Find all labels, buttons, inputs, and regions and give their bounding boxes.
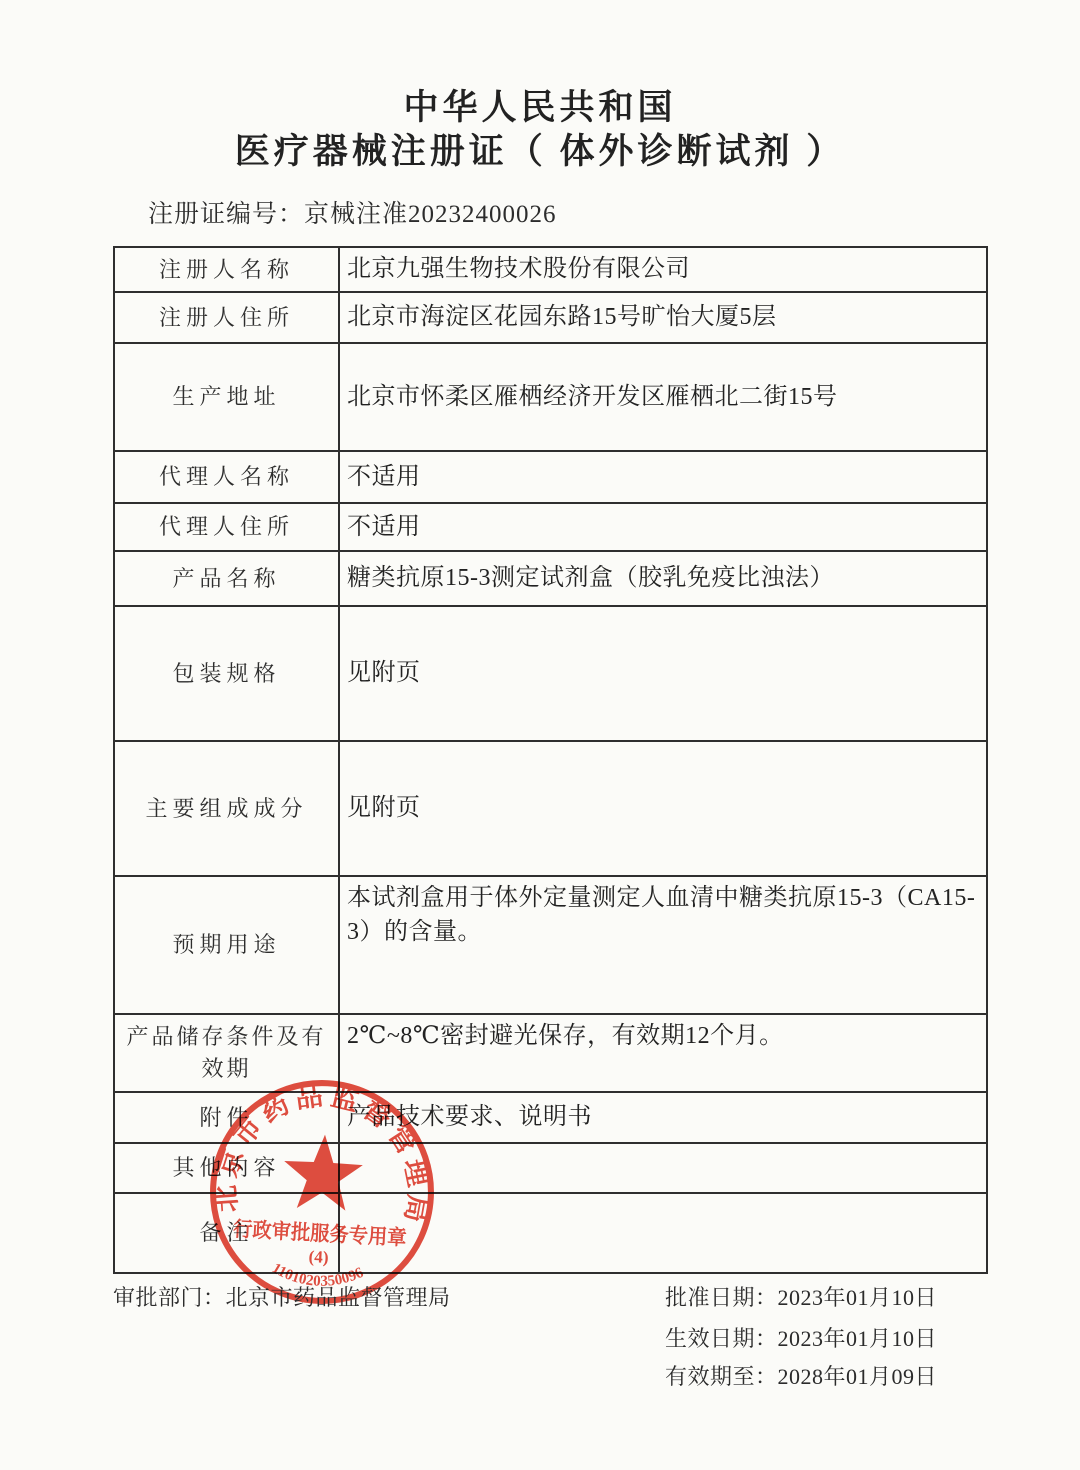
field-label: 注册人名称: [114, 247, 339, 292]
page-title-country: 中华人民共和国: [0, 80, 1080, 130]
field-label: 包装规格: [114, 606, 339, 741]
official-stamp: 北京市药品监督管理局 行政审批服务专用章 (4) 1101020350096: [200, 1070, 444, 1314]
table-row: 主要组成成分 见附页: [114, 741, 987, 876]
star-icon: [282, 1133, 364, 1212]
approval-department-line: 审批部门：北京市药品监督管理局: [113, 1281, 451, 1312]
approval-department-value: 北京市药品监督管理局: [226, 1285, 451, 1310]
field-value: 见附页: [339, 606, 987, 741]
effective-date-label: 生效日期：: [665, 1326, 778, 1351]
certificate-number-label: 注册证编号：: [148, 201, 304, 228]
table-row: 预期用途 本试剂盒用于体外定量测定人血清中糖类抗原15-3（CA15-3）的含量…: [114, 876, 987, 1014]
field-value: 北京市海淀区花园东路15号旷怡大厦5层: [339, 292, 987, 343]
field-value: 见附页: [339, 741, 987, 876]
table-row: 代理人住所 不适用: [114, 503, 987, 551]
field-label: 生产地址: [114, 343, 339, 451]
field-label: 代理人住所: [114, 503, 339, 551]
table-row: 产品名称 糖类抗原15-3测定试剂盒（胶乳免疫比浊法）: [114, 551, 987, 606]
certificate-page: 中华人民共和国 医疗器械注册证（ 体外诊断试剂 ） 注册证编号：京械注准2023…: [0, 0, 1080, 1470]
table-row: 注册人名称 北京九强生物技术股份有限公司: [114, 247, 987, 292]
approval-date-value: 2023年01月10日: [778, 1285, 938, 1310]
field-label: 主要组成成分: [114, 741, 339, 876]
field-label: 产品名称: [114, 551, 339, 606]
expiry-date-value: 2028年01月09日: [778, 1364, 938, 1389]
stamp-index-text: (4): [308, 1247, 329, 1267]
field-value: 糖类抗原15-3测定试剂盒（胶乳免疫比浊法）: [339, 551, 987, 606]
field-value: 2℃~8℃密封避光保存，有效期12个月。: [339, 1014, 987, 1092]
approval-date-label: 批准日期：: [665, 1285, 778, 1310]
approval-date-line: 批准日期：2023年01月10日: [665, 1281, 937, 1312]
certificate-number-line: 注册证编号：京械注准20232400026: [148, 194, 557, 230]
effective-date-line: 生效日期：2023年01月10日: [665, 1322, 937, 1353]
expiry-date-label: 有效期至：: [665, 1364, 778, 1389]
field-label: 注册人住所: [114, 292, 339, 343]
certificate-number-value: 京械注准20232400026: [304, 201, 557, 228]
page-title-certificate: 医疗器械注册证（ 体外诊断试剂 ）: [0, 124, 1080, 174]
approval-department-label: 审批部门：: [113, 1285, 226, 1310]
stamp-purpose-text: 行政审批服务专用章: [233, 1217, 408, 1250]
field-value: 北京市怀柔区雁栖经济开发区雁栖北二街15号: [339, 343, 987, 451]
field-label: 代理人名称: [114, 451, 339, 503]
field-label: 预期用途: [114, 876, 339, 1014]
effective-date-value: 2023年01月10日: [778, 1326, 938, 1351]
field-value: 不适用: [339, 451, 987, 503]
field-value: 不适用: [339, 503, 987, 551]
expiry-date-line: 有效期至：2028年01月09日: [665, 1360, 937, 1391]
field-value: 北京九强生物技术股份有限公司: [339, 247, 987, 292]
table-row: 注册人住所 北京市海淀区花园东路15号旷怡大厦5层: [114, 292, 987, 343]
table-row: 代理人名称 不适用: [114, 451, 987, 503]
table-row: 生产地址 北京市怀柔区雁栖经济开发区雁栖北二街15号: [114, 343, 987, 451]
table-row: 包装规格 见附页: [114, 606, 987, 741]
field-value: 本试剂盒用于体外定量测定人血清中糖类抗原15-3（CA15-3）的含量。: [339, 876, 987, 1014]
